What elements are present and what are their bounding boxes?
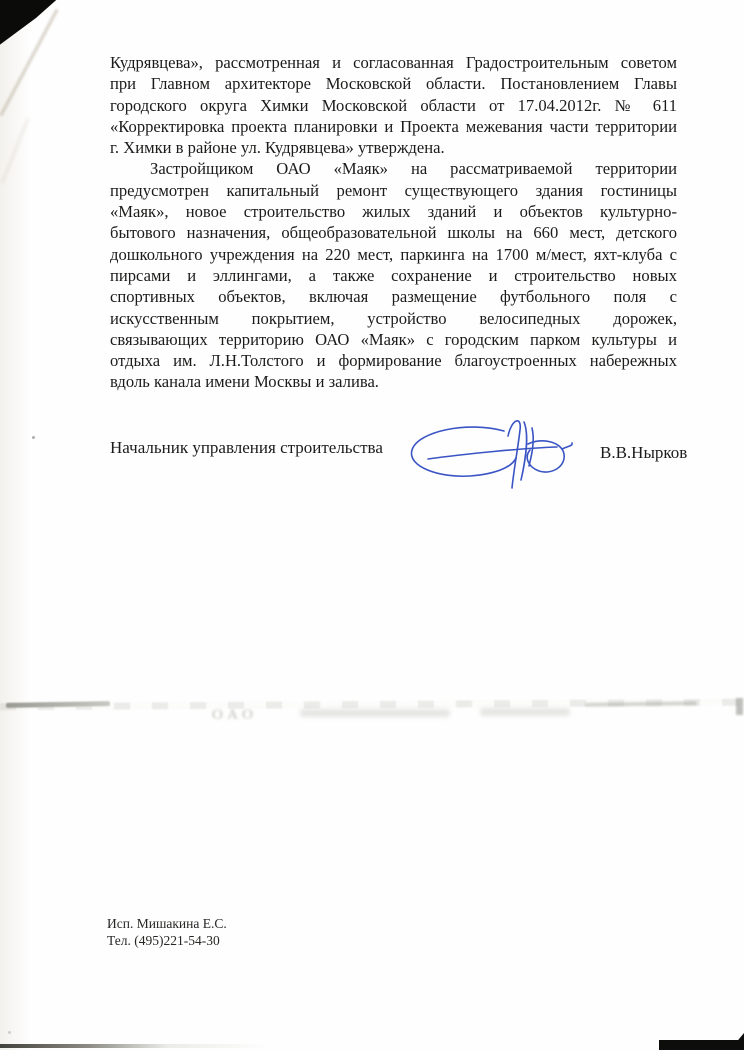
body-line: предусмотрен капитальный ремонт существу… — [110, 180, 677, 201]
body-line: искусственным покрытием, устройство вело… — [110, 308, 677, 329]
body-line: Кудрявцева», рассмотренная и согласованн… — [110, 52, 677, 73]
scan-speck — [8, 1031, 11, 1034]
fold-crease-edge-mark — [736, 698, 743, 715]
body-line: спортивных объектов, включая размещение … — [110, 286, 677, 307]
body-line: «Маяк», новое строительство жилых зданий… — [110, 201, 677, 222]
fold-crease: ОАО — [0, 694, 744, 730]
handwritten-signature — [402, 414, 578, 496]
scan-bottom-right-edge — [659, 1040, 744, 1050]
body-line: связывающих территорию ОАО «Маяк» с горо… — [110, 329, 677, 350]
body-line: отдыха им. Л.Н.Толстого и формирование б… — [110, 350, 677, 371]
scanned-letter-page: Кудрявцева», рассмотренная и согласованн… — [0, 0, 744, 1050]
footer-contact: Исп. Мишакина Е.С. Тел. (495)221-54-30 — [107, 915, 227, 949]
body-line: «Корректировка проекта планировки и Прое… — [110, 116, 677, 137]
body-line: пирсами и эллингами, а также сохранение … — [110, 265, 677, 286]
footer-executor: Исп. Мишакина Е.С. — [107, 915, 227, 932]
body-line: городского округа Химки Московской облас… — [110, 95, 677, 116]
body-line: г. Химки в районе ул. Кудрявцева» утверж… — [110, 137, 677, 158]
body-line: дошкольного учреждения на 220 мест, парк… — [110, 244, 677, 265]
scan-left-edge-shadow — [0, 0, 30, 1050]
scan-bottom-left-edge — [0, 1044, 270, 1048]
body-line: бытового назначения, общеобразовательной… — [110, 222, 677, 243]
scan-speck — [32, 436, 35, 439]
body-line: Застройщиком ОАО «Маяк» на рассматриваем… — [110, 158, 677, 179]
bleed-through-smudge — [300, 709, 450, 717]
footer-phone: Тел. (495)221-54-30 — [107, 932, 227, 949]
bleed-through-ghost-text: ОАО — [212, 707, 258, 723]
signoff-name: В.В.Нырков — [600, 443, 687, 463]
letter-body: Кудрявцева», рассмотренная и согласованн… — [110, 52, 677, 393]
bleed-through-smudge — [480, 708, 570, 716]
body-line: вдоль канала имени Москвы и залива. — [110, 371, 677, 392]
body-line: при Главном архитекторе Московской облас… — [110, 73, 677, 94]
signoff-title: Начальник управления строительства — [110, 438, 383, 458]
